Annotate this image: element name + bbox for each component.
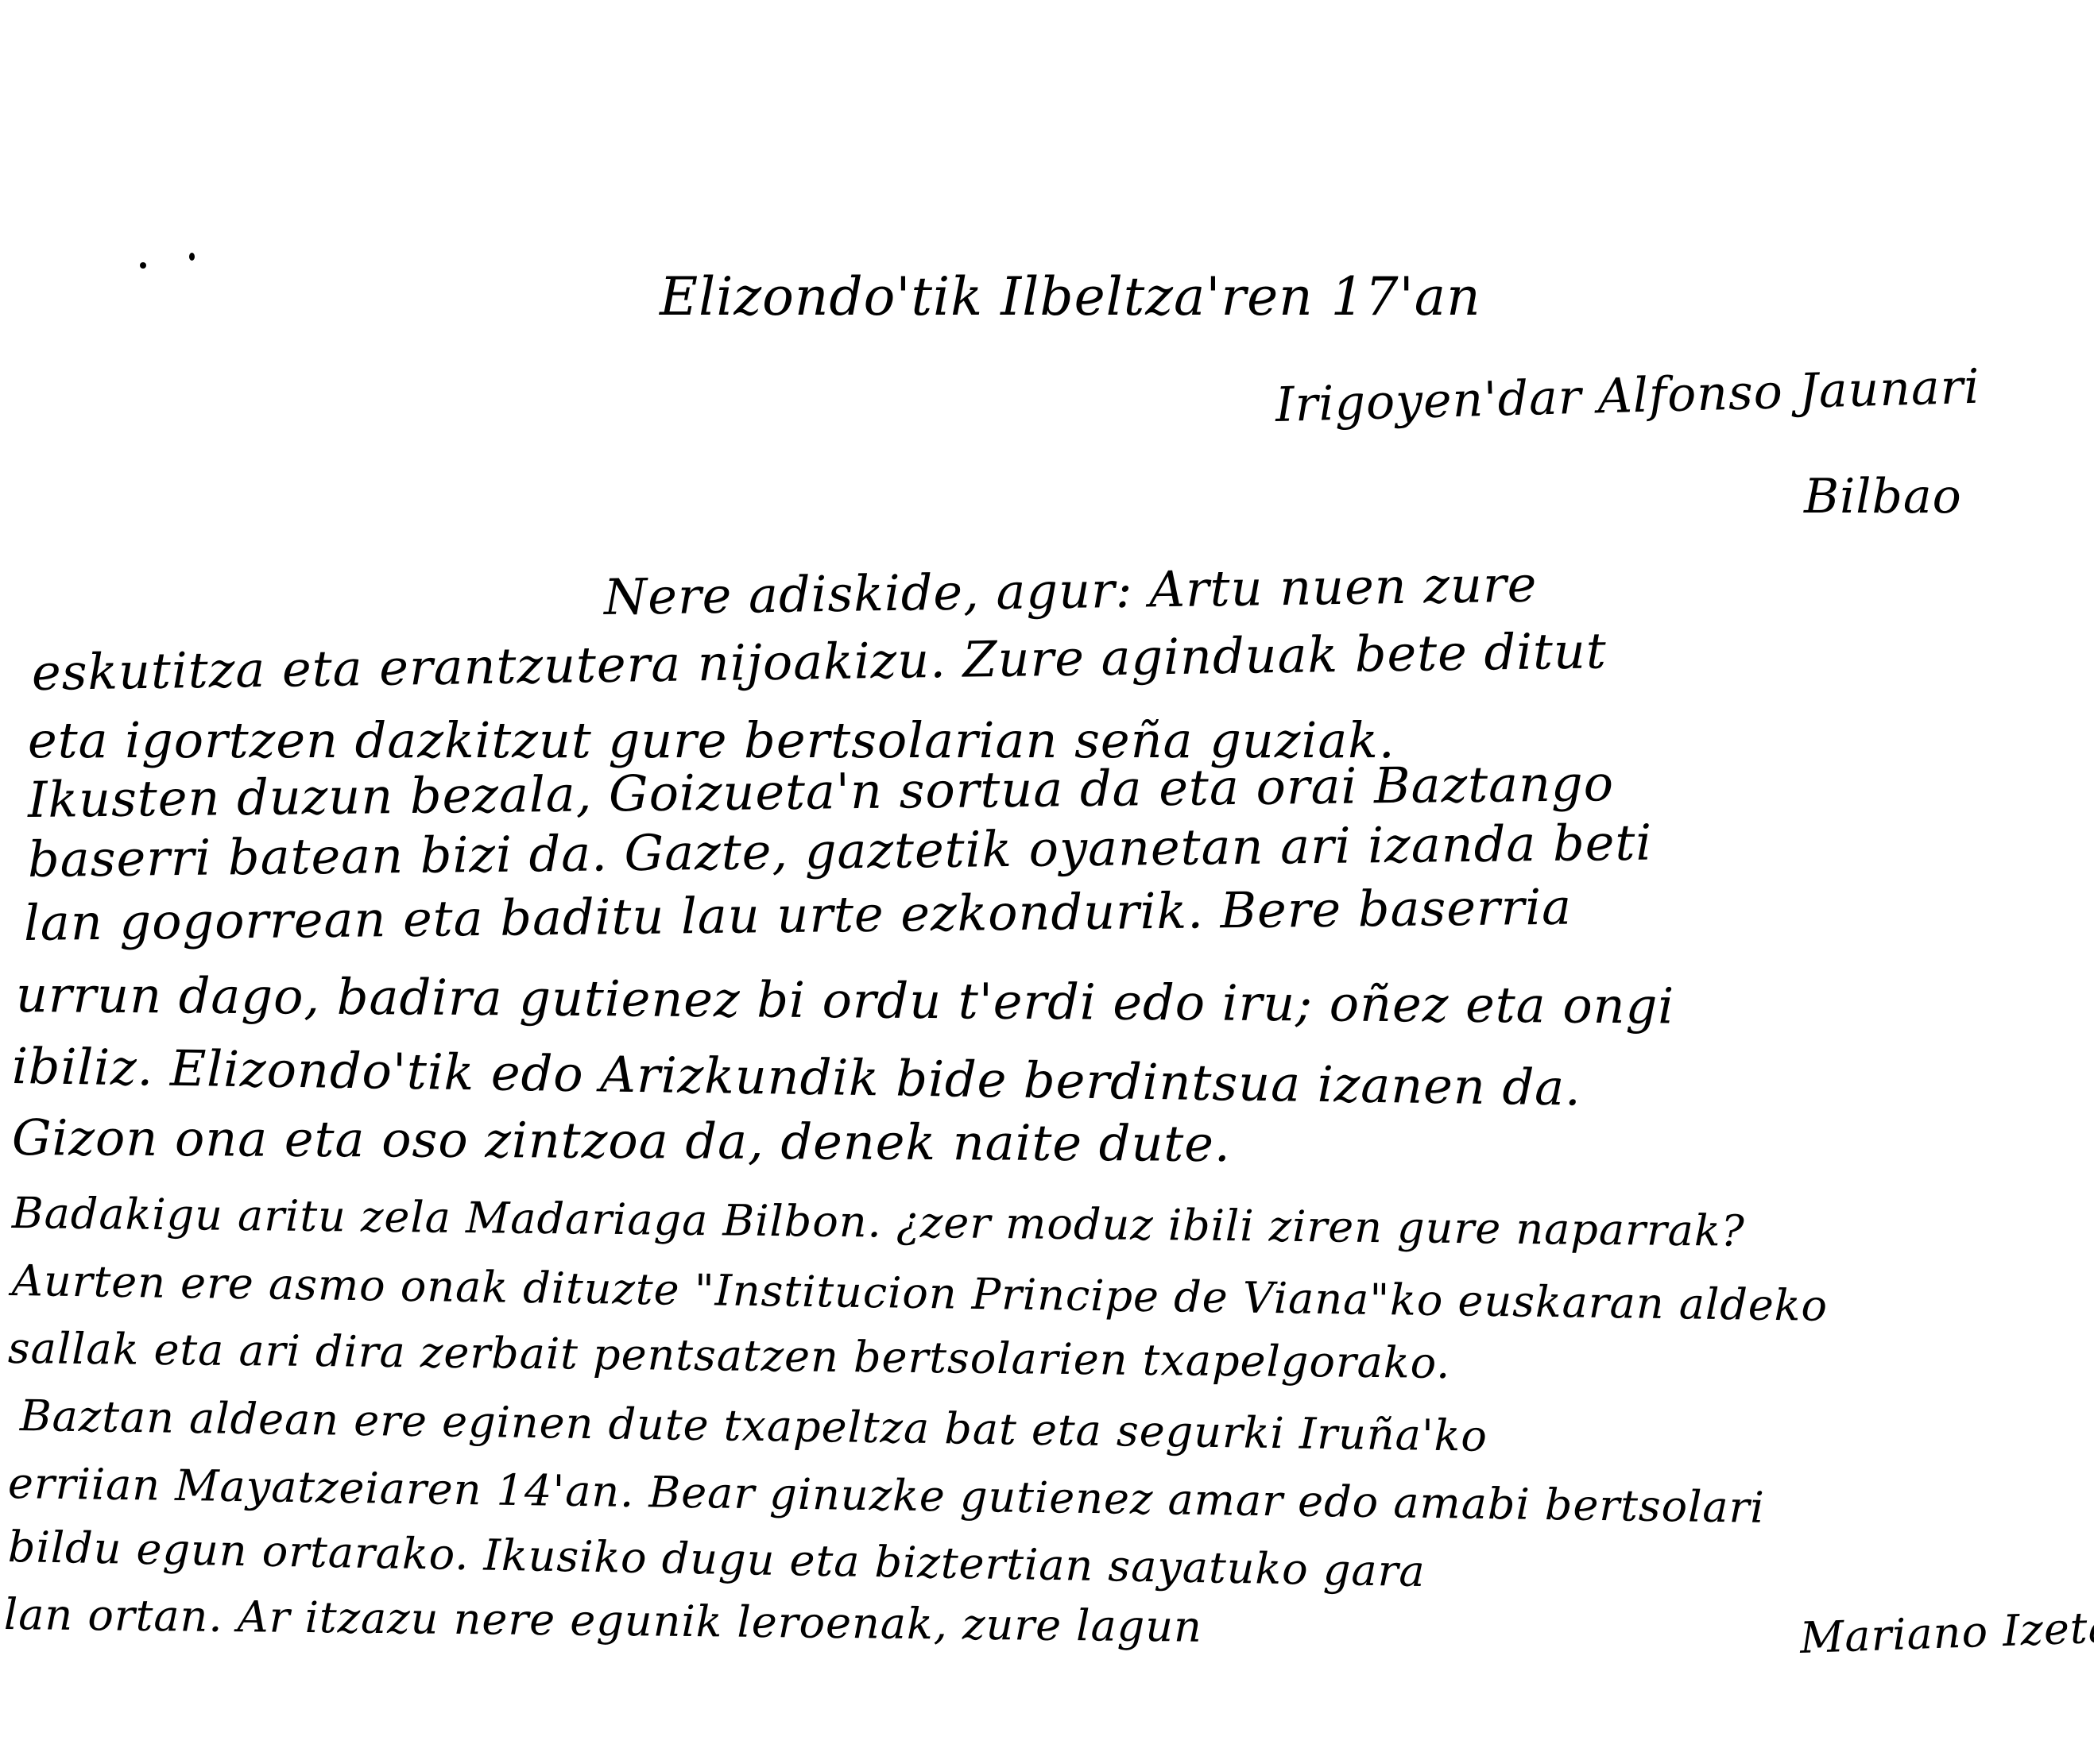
letter-line: Gizon ona eta oso zintzoa da, denek nait… — [12, 1108, 1231, 1173]
letter-line: eskutitza eta erantzutera nijoakizu. Zur… — [31, 621, 1607, 702]
letter-signature: Mariano Izeta — [1799, 1602, 2094, 1663]
letter-city: Bilbao — [1804, 469, 1962, 524]
letter-line: sallak eta ari dira zerbait pentsatzen b… — [8, 1323, 1451, 1388]
letter-addressee: Irigoyen'dar Alfonso Jaunari — [1275, 359, 1980, 433]
ink-speck — [189, 253, 195, 261]
letter-heading-date: Elizondo'tik Ilbeltza'ren 17'an — [660, 266, 1481, 327]
letter-line: lan gogorrean eta baditu lau urte ezkond… — [24, 878, 1573, 952]
letter-line: Badakigu aritu zela Madariaga Bilbon. ¿z… — [12, 1188, 1745, 1256]
letter-line: Nere adiskide, agur: Artu nuen zure — [603, 555, 1537, 626]
ink-speck — [140, 262, 146, 269]
letter-line: urrun dago, badira gutienez bi ordu t'er… — [16, 965, 1675, 1035]
letter-line: lan ortan. Ar itzazu nere egunik leroena… — [4, 1589, 1202, 1652]
letter-line: bildu egun ortarako. Ikusiko dugu eta bi… — [7, 1522, 1426, 1596]
letter-line: Baztan aldean ere eginen dute txapeltza … — [20, 1391, 1488, 1461]
letter-line: Aurten ere asmo onak dituzte "Institucio… — [12, 1255, 1829, 1331]
letter-line: erriian Mayatzeiaren 14'an. Bear ginuzke… — [8, 1458, 1766, 1533]
letter-line: ibiliz. Elizondo'tik edo Arizkundik bide… — [11, 1037, 1581, 1117]
